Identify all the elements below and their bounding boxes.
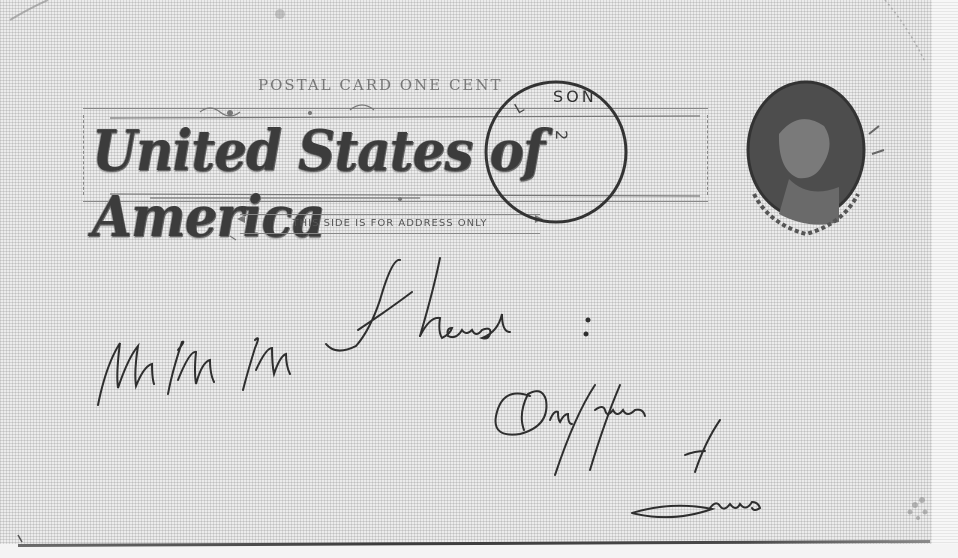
postcard: Postal Card One Cent United States of Am… [0, 0, 958, 558]
handwritten-address [0, 0, 958, 558]
